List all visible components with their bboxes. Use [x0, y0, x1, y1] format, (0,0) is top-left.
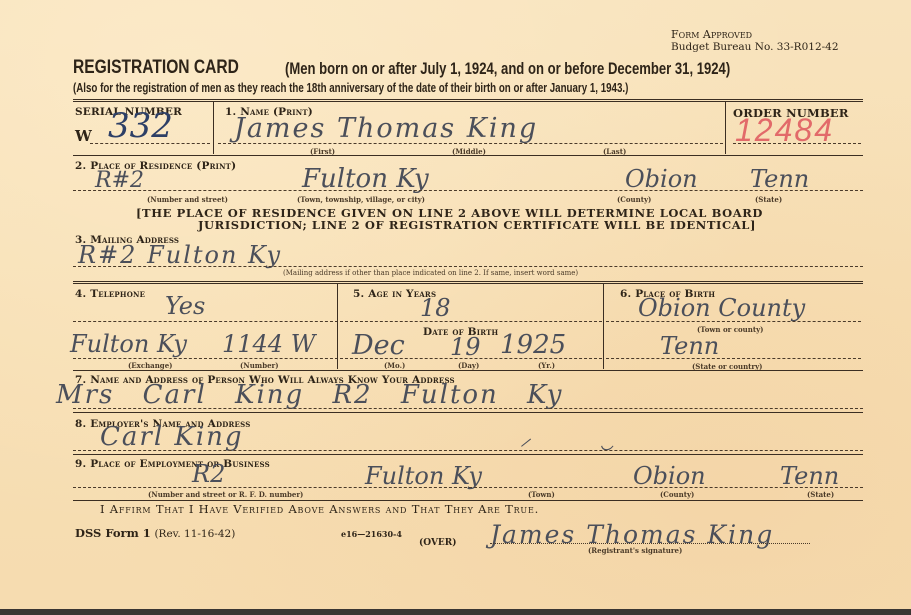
signature-caption: (Registrant's signature): [588, 546, 682, 555]
row-divider: [73, 412, 863, 413]
divider: [337, 283, 338, 369]
caption-town: (Town, township, village, or city): [297, 195, 425, 204]
row-divider: [73, 454, 863, 455]
caption-number: (Number): [240, 361, 279, 370]
birthplace-town-line: [606, 321, 861, 322]
signature-line: [490, 543, 810, 544]
row-divider: [73, 281, 863, 284]
dob-month[interactable]: Dec: [352, 330, 405, 361]
scan-edge: [0, 609, 911, 615]
row-divider: [73, 155, 863, 156]
mailing-value[interactable]: R#2 Fulton Ky: [78, 241, 282, 269]
birthplace-town[interactable]: Obion County: [638, 294, 805, 322]
form-approved: Form Approved: [671, 28, 752, 41]
form-id: DSS Form 1 (Rev. 11-16-42): [75, 526, 235, 540]
affirmation-text: I Affirm That I Have Verified Above Answ…: [100, 502, 539, 516]
telephone-label: 4. Telephone: [75, 288, 145, 300]
telephone-value[interactable]: Yes: [165, 292, 205, 320]
employment-county[interactable]: Obion: [633, 462, 706, 490]
contact-line: [73, 408, 863, 409]
divider: [725, 102, 726, 154]
row-divider: [73, 370, 863, 371]
name-line: [218, 143, 723, 144]
divider: [213, 102, 214, 154]
dob-year[interactable]: 1925: [500, 330, 566, 360]
dob-line: [340, 358, 602, 359]
residence-notice-2: JURISDICTION; LINE 2 OF REGISTRATION CER…: [198, 218, 756, 232]
residence-line: [73, 190, 863, 191]
mailing-line: [73, 266, 863, 267]
residence-county[interactable]: Obion: [625, 165, 698, 193]
caption-county: (County): [617, 195, 651, 204]
serial-number-value[interactable]: 332: [108, 106, 173, 146]
employer-value[interactable]: Carl King: [100, 422, 244, 452]
age-line: [340, 321, 602, 322]
employment-state[interactable]: Tenn: [780, 462, 839, 490]
employment-street[interactable]: R2: [192, 460, 225, 488]
mailing-caption: (Mailing address if other than place ind…: [283, 269, 578, 277]
telephone-line: [73, 321, 338, 322]
employment-line: [73, 487, 863, 488]
caption-emp-street: (Number and street or R. F. D. number): [148, 490, 303, 499]
telephone-number-line: [73, 358, 338, 359]
employment-town[interactable]: Fulton Ky: [365, 462, 482, 490]
divider: [603, 283, 604, 369]
caption-street: (Number and street): [147, 195, 228, 204]
caption-emp-state: (State): [807, 490, 834, 499]
header-divider: [73, 99, 863, 102]
form-id-text: DSS Form 1: [75, 526, 151, 540]
contact-person-value[interactable]: Mrs Carl King R2 Fulton Ky: [56, 380, 564, 410]
form-revision: (Rev. 11-16-42): [154, 528, 235, 540]
caption-day: (Day): [458, 361, 479, 370]
print-code: e16—21630-4: [341, 529, 402, 539]
row-divider: [73, 500, 863, 501]
caption-month: (Mo.): [384, 361, 405, 370]
card-subtitle: (Men born on or after July 1, 1924, and …: [285, 59, 730, 79]
employment-label: 9. Place of Employment or Business: [75, 458, 270, 470]
caption-state: (State): [755, 195, 782, 204]
telephone-number[interactable]: 1144 W: [222, 330, 315, 358]
dob-day[interactable]: 19: [450, 333, 481, 361]
caption-emp-town: (Town): [528, 490, 555, 499]
card-title: REGISTRATION CARD: [73, 57, 239, 79]
order-line: [733, 143, 861, 144]
registrant-signature[interactable]: James Thomas King: [490, 520, 774, 549]
employer-line: [73, 450, 863, 451]
budget-bureau: Budget Bureau No. 33-R012-42: [671, 41, 839, 53]
employer-checkmarks: ⸝ ‿: [520, 422, 614, 452]
caption-exchange: (Exchange): [128, 361, 172, 370]
telephone-exchange[interactable]: Fulton Ky: [70, 330, 187, 358]
birthplace-state-line: [606, 358, 861, 359]
card-note: (Also for the registration of men as the…: [73, 81, 628, 95]
birthplace-state[interactable]: Tenn: [660, 332, 719, 360]
over-label: (OVER): [419, 538, 457, 548]
caption-emp-county: (County): [660, 490, 694, 499]
residence-state[interactable]: Tenn: [750, 165, 809, 193]
name-value[interactable]: James Thomas King: [234, 113, 538, 144]
caption-year: (Yr.): [538, 361, 555, 370]
age-value[interactable]: 18: [420, 294, 451, 322]
